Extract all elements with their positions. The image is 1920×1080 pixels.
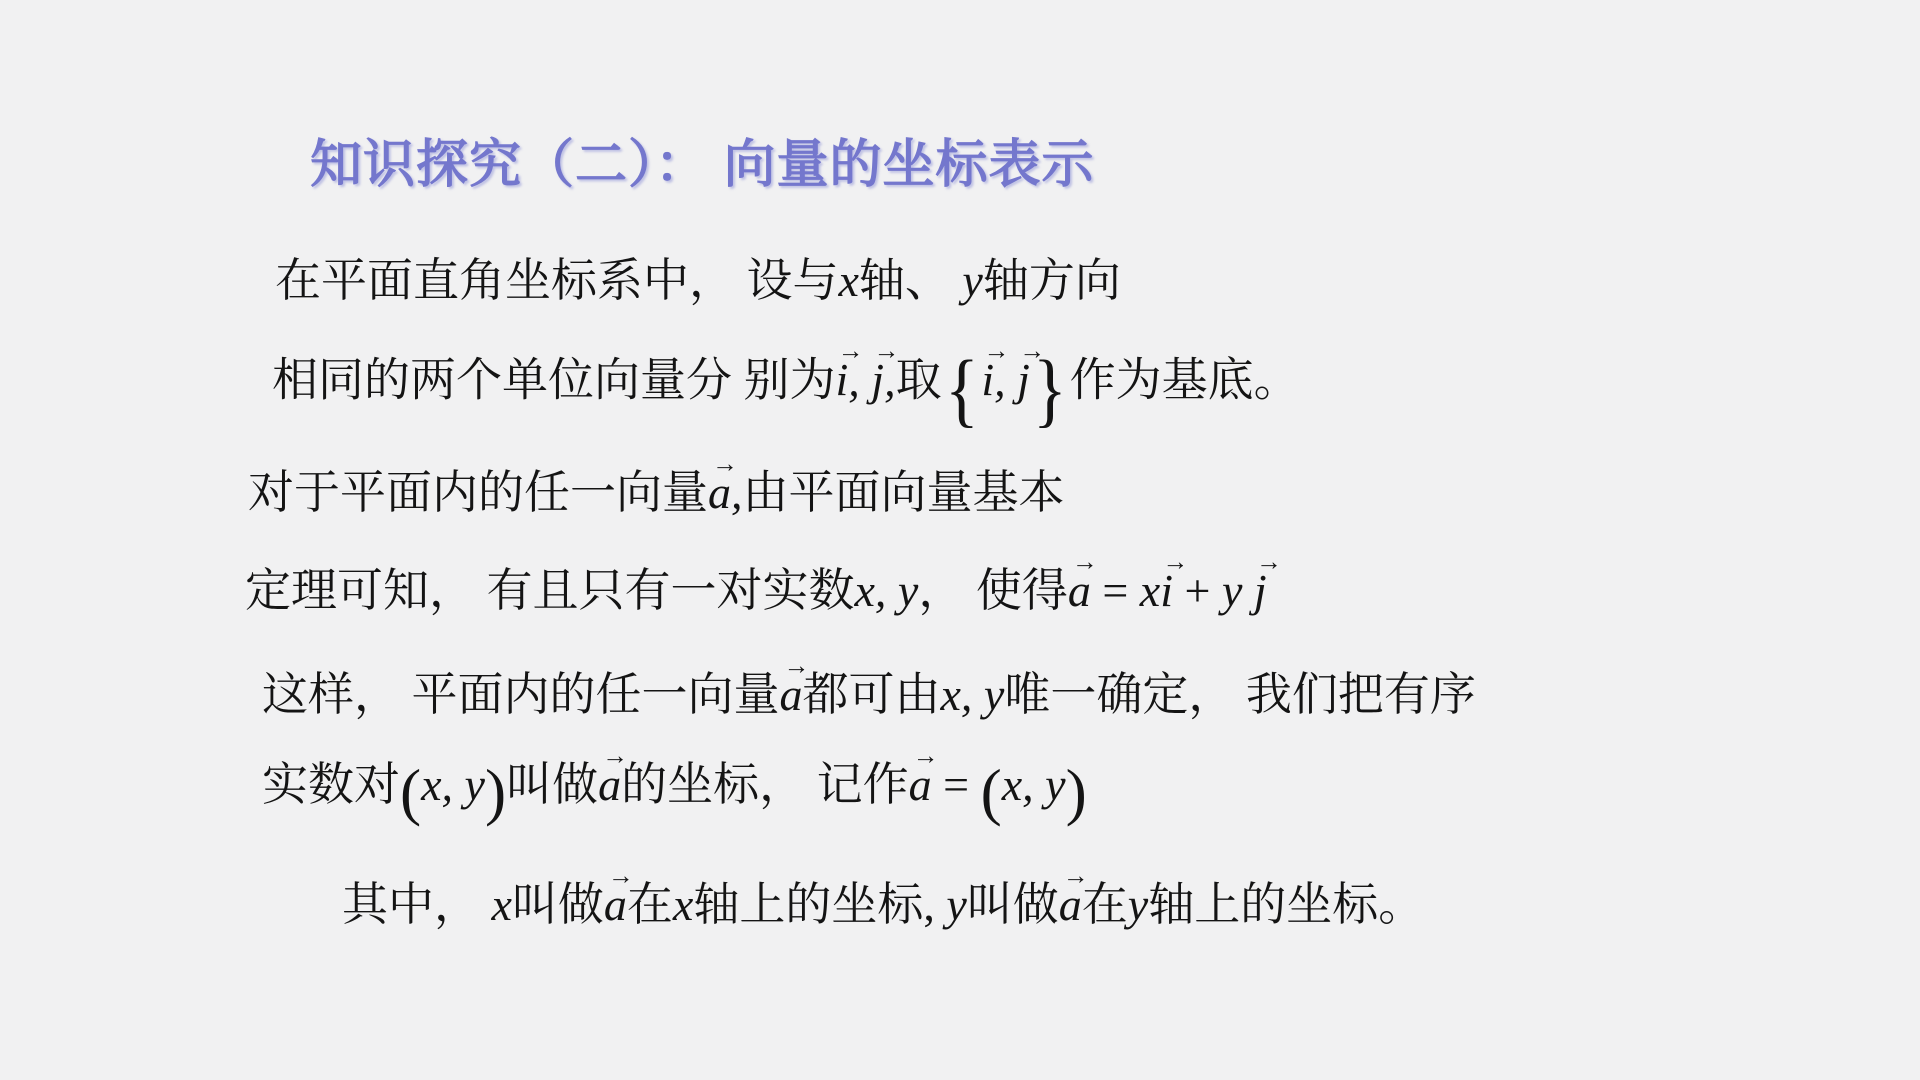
cjk-text: 这样， 平面内的任一向量 [262,669,780,720]
vector-arrow-icon: → [1072,549,1098,575]
vector-arrow-icon: → [602,743,628,769]
math-operator: = [1091,565,1140,616]
vector-arrow-icon: → [608,863,634,889]
math-variable: x, y [421,759,485,810]
cjk-text: 其中， [342,879,492,930]
cjk-text: 叫做 [512,879,604,930]
right-paren: ) [1066,760,1087,823]
vector-variable: →i [1160,562,1173,620]
math-variable: x, y [855,565,919,616]
vector-arrow-icon: → [913,743,939,769]
left-brace: { [945,348,979,431]
math-variable: x [673,879,693,930]
vector-variable: →j [871,351,884,409]
cjk-text: ， 使得 [918,565,1068,616]
text-line-1: 在平面直角坐标系中， 设与x轴、 y轴方向 [275,252,1121,310]
cjk-text: 叫做 [967,879,1059,930]
vector-arrow-icon: → [1256,549,1282,575]
vector-variable: →a [780,666,803,724]
left-paren: ( [400,760,421,823]
vector-arrow-icon: → [712,451,738,477]
vector-arrow-icon: → [874,338,900,364]
math-variable: y [1128,879,1148,930]
text-line-3: 对于平面内的任一向量→a,由平面向量基本 [248,464,1065,522]
math-variable: x [839,255,859,306]
vector-variable: →i [836,351,849,409]
slide-title: 知识探究（二）： 向量的坐标表示 [310,122,1094,197]
vector-arrow-icon: → [1063,863,1089,889]
cjk-text: 取 [896,354,942,405]
cjk-text: 轴方向 [983,255,1121,306]
text-line-6: 实数对(x, y)叫做→a的坐标， 记作→a = (x, y) [262,756,1087,823]
math-variable: x, y [1002,759,1066,810]
cjk-text: 轴上的坐标。 [1148,879,1424,930]
text-line-7: 其中， x叫做→a在x轴上的坐标, y叫做→a在y轴上的坐标。 [342,876,1424,934]
cjk-text: 轴上的坐标, [693,879,946,930]
cjk-text: 由平面向量基本 [743,467,1065,518]
cjk-text: 的坐标， 记作 [621,759,909,810]
math-variable: x, y [941,669,1005,720]
cjk-text: 叫做 [506,759,598,810]
math-variable: x [1140,565,1160,616]
vector-variable: →a [1059,876,1082,934]
math-variable: y [1222,565,1254,616]
vector-variable: →a [604,876,627,934]
text-line-4: 定理可知， 有且只有一对实数x, y， 使得→a = x→i + y →j [245,562,1267,620]
vector-arrow-icon: → [784,653,810,679]
cjk-text: 唯一确定， 我们把有序 [1004,669,1476,720]
vector-arrow-icon: → [1163,549,1189,575]
cjk-text: 定理可知， 有且只有一对实数 [245,565,855,616]
cjk-text: 轴、 [859,255,963,306]
cjk-text: 在 [627,879,673,930]
text-line-2: 相同的两个单位向量分 别为→i, →j,取{→i, →j}作为基底。 [272,348,1300,431]
vector-variable: →a [598,756,621,814]
vector-variable: →j [1254,562,1267,620]
cjk-text: 对于平面内的任一向量 [248,467,708,518]
vector-variable: →a [1068,562,1091,620]
math-variable: y [946,879,966,930]
left-paren: ( [981,760,1002,823]
text-line-5: 这样， 平面内的任一向量→a都可由x, y唯一确定， 我们把有序 [262,666,1476,724]
cjk-text: 在 [1082,879,1128,930]
cjk-text: 相同的两个单位向量分 别为 [272,354,836,405]
math-variable: y [962,255,982,306]
cjk-text: 都可由 [803,669,941,720]
vector-variable: →i [981,351,994,409]
math-operator: = [932,759,981,810]
cjk-text: 实数对 [262,759,400,810]
math-variable: x [492,879,512,930]
cjk-text: 作为基底。 [1070,354,1300,405]
right-paren: ) [485,760,506,823]
cjk-text: 在平面直角坐标系中， 设与 [275,255,839,306]
vector-variable: →j [1017,351,1030,409]
vector-variable: →a [909,756,932,814]
vector-arrow-icon: → [984,338,1010,364]
right-brace: } [1033,348,1067,431]
vector-arrow-icon: → [838,338,864,364]
vector-variable: →a [708,464,731,522]
slide: 知识探究（二）： 向量的坐标表示 在平面直角坐标系中， 设与x轴、 y轴方向相同… [0,0,1920,1080]
